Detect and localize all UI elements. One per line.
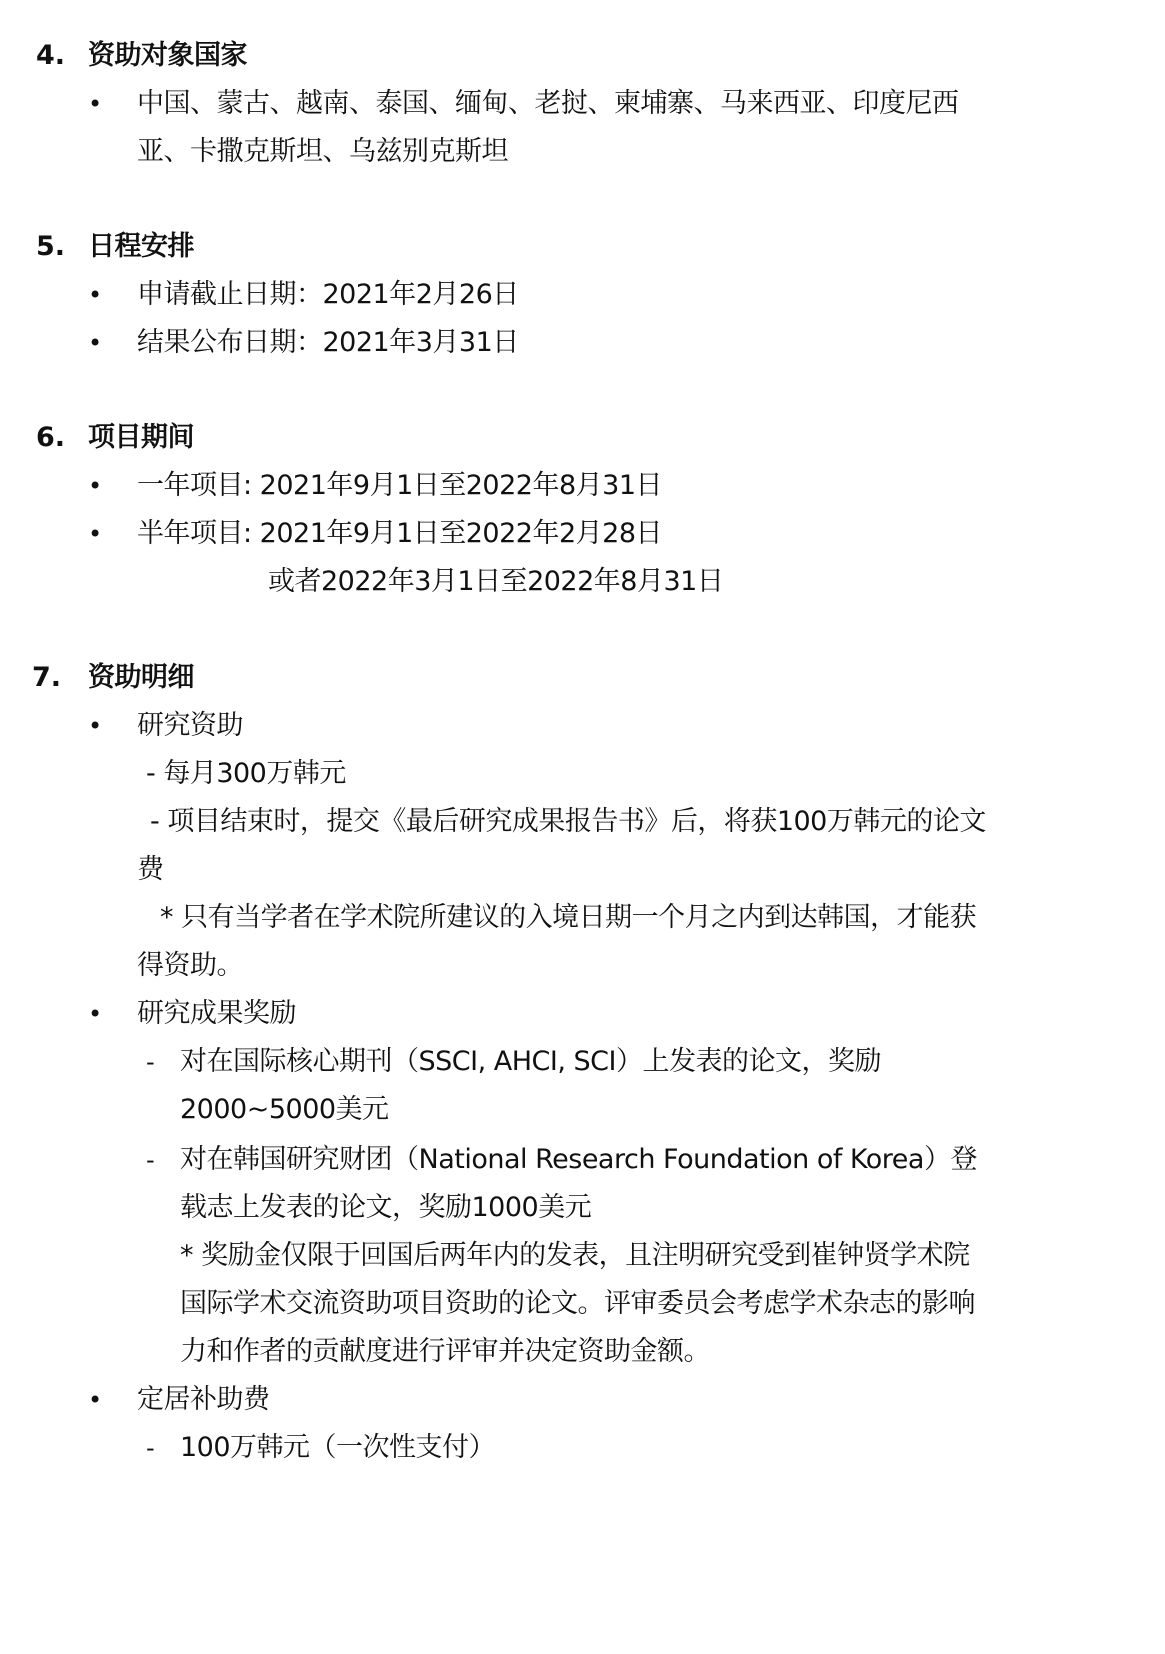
final-report-fee: - 项目结束时，提交《最后研究成果报告书》后，将获100万韩元的论文	[150, 804, 986, 840]
section-number: 5.	[36, 229, 65, 265]
section-number: 7.	[32, 660, 61, 696]
bullet-icon: •	[88, 708, 102, 744]
bullet-icon: •	[88, 468, 102, 504]
settlement-allowance-amount: 100万韩元（一次性支付）	[180, 1430, 495, 1466]
award-note-cont: 国际学术交流资助项目资助的论文。评审委员会考虑学术杂志的影响	[180, 1286, 975, 1322]
half-year-project-item: 半年项目: 2021年9月1日至2022年2月28日	[137, 516, 662, 552]
achievement-award-label: 研究成果奖励	[137, 996, 296, 1032]
award-note: * 奖励金仅限于回国后两年内的发表，且注明研究受到崔钟贤学术院	[180, 1238, 970, 1274]
monthly-grant: - 每月300万韩元	[146, 756, 346, 792]
settlement-allowance-label: 定居补助费	[137, 1382, 270, 1418]
bullet-icon: •	[88, 516, 102, 552]
section-title-funding-countries: 资助对象国家	[88, 38, 247, 74]
result-date-item: 结果公布日期：2021年3月31日	[137, 325, 519, 361]
intl-journal-award-amount: 2000~5000美元	[180, 1092, 389, 1128]
half-year-alternative: 或者2022年3月1日至2022年8月31日	[268, 564, 723, 600]
section-number: 4.	[36, 38, 65, 74]
award-note-cont: 力和作者的贡献度进行评审并决定资助金额。	[180, 1334, 710, 1370]
entry-date-note-cont: 得资助。	[137, 948, 243, 984]
dash-icon: -	[146, 1044, 155, 1080]
bullet-icon: •	[88, 86, 102, 122]
research-grant-label: 研究资助	[137, 708, 243, 744]
one-year-project-item: 一年项目: 2021年9月1日至2022年8月31日	[137, 468, 662, 504]
bullet-icon: •	[88, 325, 102, 361]
section-title-funding-details: 资助明细	[88, 660, 194, 696]
section-title-schedule: 日程安排	[88, 229, 194, 265]
deadline-item: 申请截止日期：2021年2月26日	[137, 277, 519, 313]
country-list-line: 中国、蒙古、越南、泰国、缅甸、老挝、柬埔寨、马来西亚、印度尼西	[137, 86, 959, 122]
bullet-icon: •	[88, 1382, 102, 1418]
nrf-journal-award-amount: 载志上发表的论文，奖励1000美元	[180, 1190, 591, 1226]
country-list-line: 亚、卡撒克斯坦、乌兹别克斯坦	[137, 134, 508, 170]
intl-journal-award: 对在国际核心期刊（SSCI, AHCI, SCI）上发表的论文，奖励	[180, 1044, 881, 1080]
dash-icon: -	[146, 1430, 155, 1466]
section-number: 6.	[36, 420, 65, 456]
final-report-fee-cont: 费	[137, 852, 164, 888]
nrf-journal-award: 对在韩国研究财团（National Research Foundation of…	[180, 1142, 977, 1178]
bullet-icon: •	[88, 277, 102, 313]
section-title-project-period: 项目期间	[88, 420, 194, 456]
entry-date-note: * 只有当学者在学术院所建议的入境日期一个月之内到达韩国，才能获	[160, 900, 976, 936]
bullet-icon: •	[88, 996, 102, 1032]
dash-icon: -	[146, 1142, 155, 1178]
